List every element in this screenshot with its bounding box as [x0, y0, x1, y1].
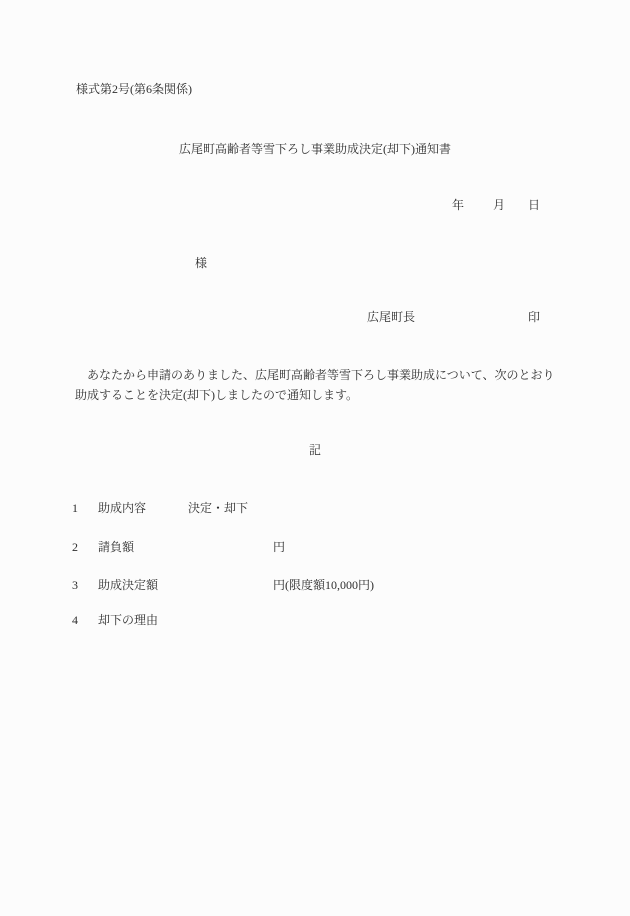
item-label-contract-amount: 請負額: [98, 540, 134, 554]
item-value-decision-rejection: 決定・却下: [188, 501, 248, 515]
form-number: 様式第2号(第6条関係): [76, 82, 192, 96]
document-page: 様式第2号(第6条関係) 広尾町高齢者等雪下ろし事業助成決定(却下)通知書 年 …: [0, 0, 630, 916]
seal-placeholder: 印: [528, 310, 540, 324]
item-number: 1: [72, 501, 78, 515]
date-month-label: 月: [493, 198, 505, 212]
body-paragraph: あなたから申請のありました、広尾町高齢者等雪下ろし事業助成について、次のとおり …: [75, 365, 575, 405]
item-number: 2: [72, 540, 78, 554]
item-value-yen-limit: 円(限度額10,000円): [273, 578, 374, 592]
date-day-label: 日: [528, 198, 540, 212]
item-number: 4: [72, 613, 78, 627]
date-year-label: 年: [452, 198, 464, 212]
list-item: 3 助成決定額 円(限度額10,000円): [0, 578, 630, 592]
item-label-grant-content: 助成内容: [98, 501, 146, 515]
item-number: 3: [72, 578, 78, 592]
list-item: 1 助成内容 決定・却下: [0, 501, 630, 515]
issuer-name: 広尾町長: [367, 310, 415, 324]
item-label-rejection-reason: 却下の理由: [98, 613, 158, 627]
item-label-grant-decision-amount: 助成決定額: [98, 578, 158, 592]
body-paragraph-line-1: あなたから申請のありました、広尾町高齢者等雪下ろし事業助成について、次のとおり: [75, 365, 575, 385]
list-item: 4 却下の理由: [0, 613, 630, 627]
list-item: 2 請負額 円: [0, 540, 630, 554]
document-title: 広尾町高齢者等雪下ろし事業助成決定(却下)通知書: [0, 142, 630, 156]
item-value-yen-unit: 円: [273, 540, 285, 554]
section-marker-ki: 記: [0, 443, 630, 457]
addressee-honorific: 様: [195, 256, 207, 270]
body-paragraph-line-2: 助成することを決定(却下)しましたので通知します。: [75, 385, 575, 405]
